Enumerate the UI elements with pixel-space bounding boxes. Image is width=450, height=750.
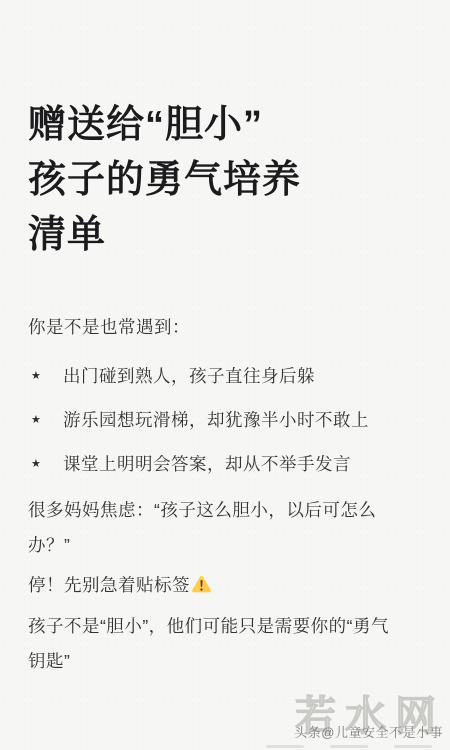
list-item-text: 出门碰到熟人，孩子直往身后躲 [63,364,315,388]
key-paragraph: 孩子不是“胆小”，他们可能只是需要你的“勇气 钥匙” [28,609,424,679]
star-bullet-icon: ★ [28,408,63,432]
anxiety-paragraph: 很多妈妈焦虑：“孩子这么胆小，以后可怎么 办？” [28,493,424,563]
stop-paragraph-text: 停！先别急着贴标签 [28,575,190,595]
list-item-text: 游乐园想玩滑梯，却犹豫半小时不敢上 [63,408,369,432]
star-bullet-icon: ★ [28,452,63,476]
stop-paragraph: 停！先别急着贴标签 [28,568,424,603]
title-line-3: 清单 [28,208,426,263]
list-item: ★ 游乐园想玩滑梯，却犹豫半小时不敢上 [28,408,424,432]
list-item-text: 课堂上明明会答案，却从不举手发言 [63,452,351,476]
title-line-2: 孩子的勇气培养 [28,153,426,208]
watermark-credit: 头条@儿童安全不是小事 [294,726,443,740]
intro-text: 你是不是也常遇到： [28,310,424,345]
title-line-1: 赠送给“胆小” [28,98,426,153]
list-item: ★ 出门碰到熟人，孩子直往身后躲 [28,364,424,388]
text-poster: 赠送给“胆小” 孩子的勇气培养 清单 你是不是也常遇到： ★ 出门碰到熟人，孩子… [0,0,450,750]
watermark-smudge [266,745,432,748]
page-title: 赠送给“胆小” 孩子的勇气培养 清单 [28,98,426,263]
list-item: ★ 课堂上明明会答案，却从不举手发言 [28,452,424,476]
scenario-list: ★ 出门碰到熟人，孩子直往身后躲 ★ 游乐园想玩滑梯，却犹豫半小时不敢上 ★ 课… [28,364,424,496]
star-bullet-icon: ★ [28,364,63,388]
warning-icon [192,575,211,593]
